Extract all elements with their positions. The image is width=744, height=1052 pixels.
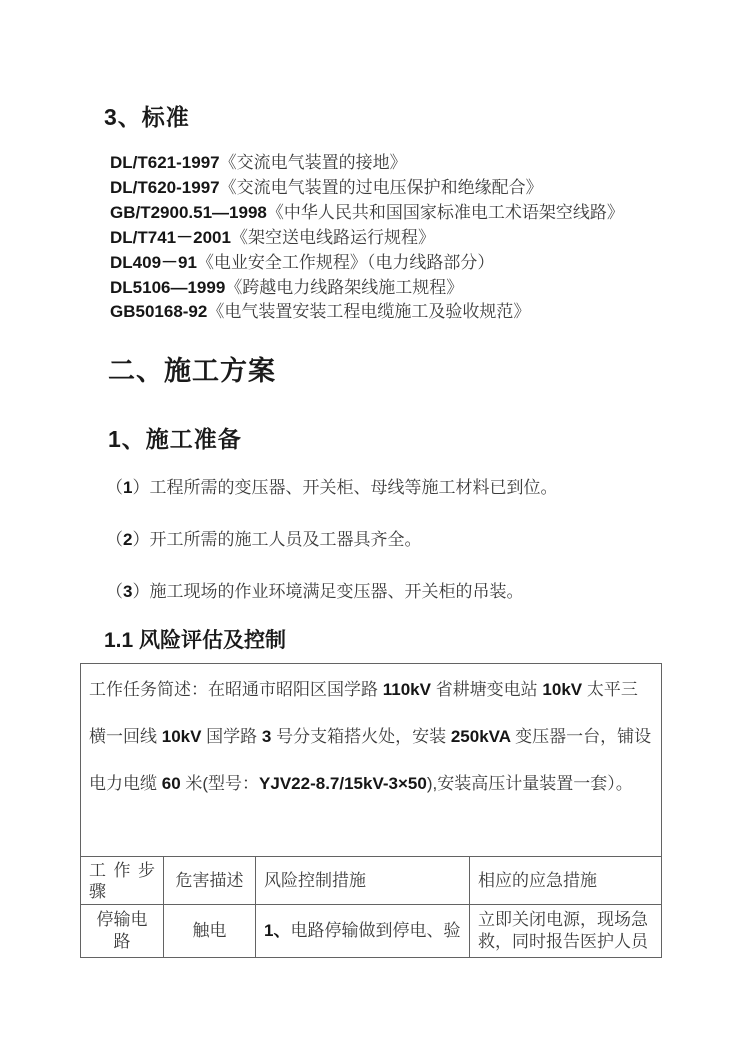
standard-title: 《交流电气装置的过电压保护和绝缘配合》 — [220, 178, 543, 197]
standard-item: DL/T741－2001《架空送电线路运行规程》 — [110, 226, 624, 251]
standard-item: GB/T2900.51—1998《中华人民共和国国家标准电工术语架空线路》 — [110, 201, 624, 226]
task-summary-row: 工作任务简述：在昭通市昭阳区国学路 110kV 省耕塘变电站 10kV 太平三横… — [81, 664, 662, 857]
standard-title: 《架空送电线路运行规程》 — [231, 228, 435, 247]
cell-risk-control: 1、电路停输做到停电、验 — [256, 905, 470, 958]
task-summary-cell: 工作任务简述：在昭通市昭阳区国学路 110kV 省耕塘变电站 10kV 太平三横… — [81, 664, 662, 857]
header-risk-control: 风险控制措施 — [256, 857, 470, 905]
cell-emergency-measure: 立即关闭电源，现场急救，同时报告医护人员 — [470, 905, 662, 958]
cell-hazard: 触电 — [164, 905, 256, 958]
standard-item: DL409－91《电业安全工作规程》（电力线路部分） — [110, 251, 624, 276]
standard-code: DL409－91 — [110, 253, 197, 272]
header-emergency-measures: 相应的应急措施 — [470, 857, 662, 905]
risk-assessment-heading: 1.1 风险评估及控制 — [104, 624, 286, 654]
header-hazard-description: 危害描述 — [164, 857, 256, 905]
header-work-step: 工作步骤 — [81, 857, 164, 905]
standard-code: GB50168-92 — [110, 302, 207, 321]
prep-item-3: （3）施工现场的作业环境满足变压器、开关柜的吊装。 — [106, 582, 557, 602]
risk-assessment-table: 工作任务简述：在昭通市昭阳区国学路 110kV 省耕塘变电站 10kV 太平三横… — [80, 663, 662, 958]
standards-heading: 3、标准 — [104, 99, 190, 132]
standard-code: GB/T2900.51—1998 — [110, 203, 267, 222]
standards-list: DL/T621-1997《交流电气装置的接地》 DL/T620-1997《交流电… — [110, 151, 624, 325]
standard-code: DL/T741－2001 — [110, 228, 231, 247]
standard-code: DL/T620-1997 — [110, 178, 220, 197]
table-row: 停输电路 触电 1、电路停输做到停电、验 立即关闭电源，现场急救，同时报告医护人… — [81, 905, 662, 958]
document-page: 3、标准 DL/T621-1997《交流电气装置的接地》 DL/T620-199… — [0, 0, 744, 1052]
prep-item-1: （1）工程所需的变压器、开关柜、母线等施工材料已到位。 — [106, 478, 557, 498]
standard-title: 《电气装置安装工程电缆施工及验收规范》 — [207, 302, 530, 321]
standard-title: 《交流电气装置的接地》 — [220, 153, 407, 172]
cell-work-step: 停输电路 — [81, 905, 164, 958]
standard-code: DL/T621-1997 — [110, 153, 220, 172]
construction-plan-heading: 二、施工方案 — [108, 349, 276, 388]
standard-item: DL/T621-1997《交流电气装置的接地》 — [110, 151, 624, 176]
standard-title: 《电业安全工作规程》（电力线路部分） — [197, 253, 495, 272]
prep-list: （1）工程所需的变压器、开关柜、母线等施工材料已到位。 （2）开工所需的施工人员… — [106, 478, 557, 634]
standard-item: DL5106—1999《跨越电力线路架线施工规程》 — [110, 276, 624, 301]
standard-title: 《跨越电力线路架线施工规程》 — [225, 278, 463, 297]
prep-item-2: （2）开工所需的施工人员及工器具齐全。 — [106, 530, 557, 550]
standard-item: GB50168-92《电气装置安装工程电缆施工及验收规范》 — [110, 300, 624, 325]
standard-item: DL/T620-1997《交流电气装置的过电压保护和绝缘配合》 — [110, 176, 624, 201]
standard-title: 《中华人民共和国国家标准电工术语架空线路》 — [267, 203, 624, 222]
construction-prep-heading: 1、施工准备 — [108, 421, 242, 454]
table-header-row: 工作步骤 危害描述 风险控制措施 相应的应急措施 — [81, 857, 662, 905]
standard-code: DL5106—1999 — [110, 278, 225, 297]
